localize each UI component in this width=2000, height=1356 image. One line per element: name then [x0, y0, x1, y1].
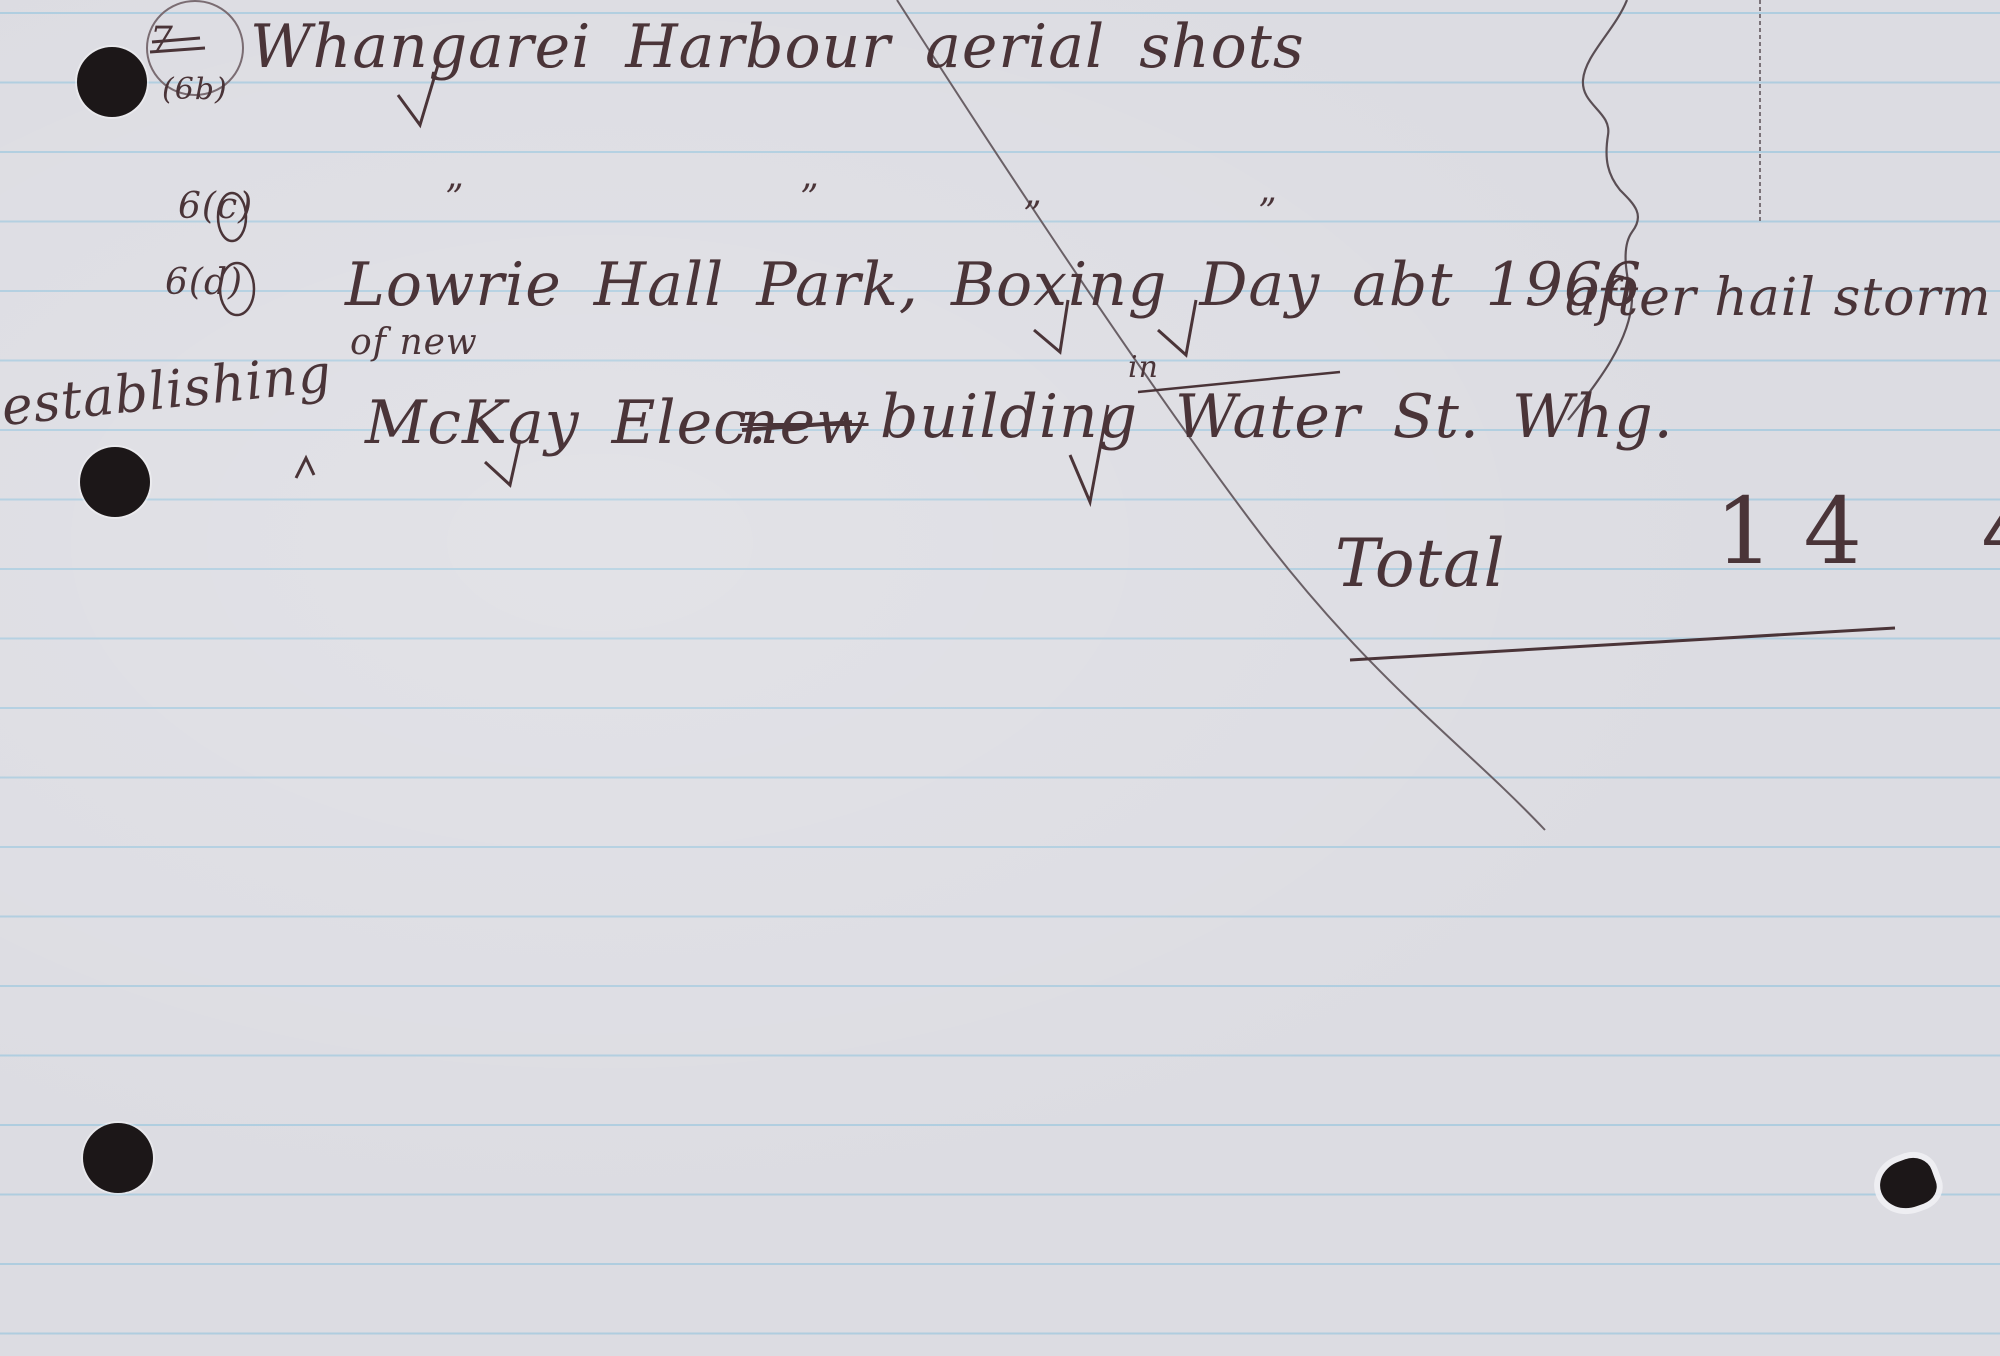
entry-text: building — [880, 382, 1138, 452]
entry-text: Lowrie Hall Park, Boxing Day abt 1966 — [345, 250, 1642, 320]
ditto-mark: ” — [800, 178, 819, 219]
item-label: 6(c) — [178, 186, 253, 227]
insert-text: in — [1128, 350, 1159, 385]
ditto-mark: ” — [445, 178, 464, 219]
total-underline — [1350, 628, 1895, 660]
ditto-mark: ” — [1258, 192, 1277, 233]
item-number-struck: 7 — [150, 20, 174, 61]
insert-caret — [296, 458, 314, 478]
struck-word: new — [740, 388, 869, 458]
insert-text: of new — [350, 322, 478, 363]
entry-text: Whangarei Harbour aerial shots — [250, 12, 1305, 82]
pen-and-pencil-marks — [0, 0, 2000, 1356]
punch-hole — [80, 447, 150, 517]
punch-hole — [77, 47, 147, 117]
total-label: Total — [1335, 525, 1506, 602]
entry-text: Water St. Whg. — [1175, 382, 1674, 452]
ditto-mark: ” — [1023, 195, 1042, 236]
item-label: (6b) — [162, 72, 228, 107]
punch-hole — [83, 1123, 153, 1193]
pencil-wavy-line — [1568, 0, 1638, 420]
entry-text: McKay Elec. — [365, 388, 768, 458]
total-value: 14 4 — [1715, 478, 2000, 585]
item-label: 6(d) — [165, 262, 243, 303]
entry-text: after hail storm — [1565, 268, 1992, 328]
